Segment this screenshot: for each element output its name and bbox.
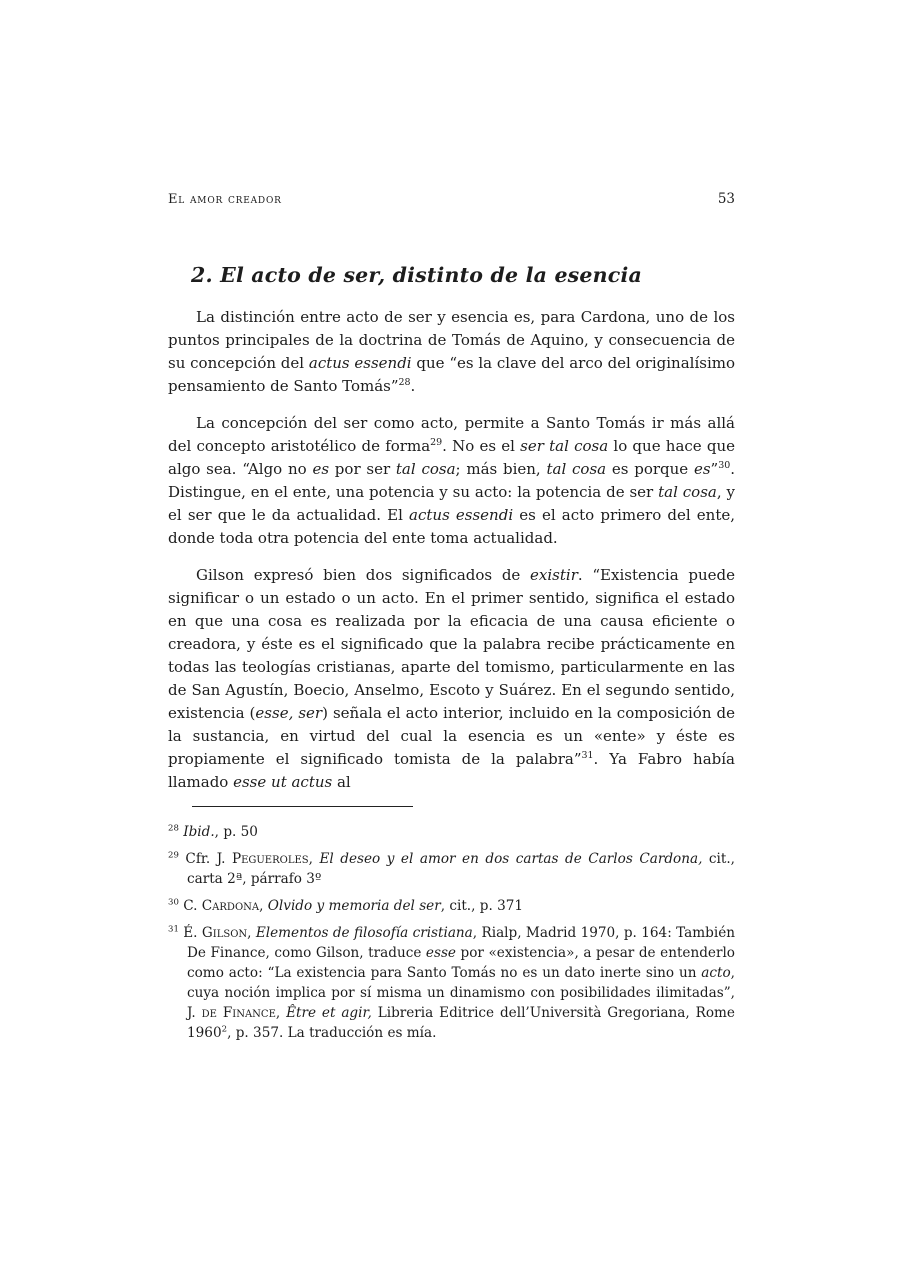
- footnote-separator: [192, 806, 413, 807]
- paragraph-1: La distinción entre acto de ser y esenci…: [168, 306, 735, 398]
- footnote-28: 28 Ibid., p. 50: [168, 822, 735, 842]
- body-text: La distinción entre acto de ser y esenci…: [168, 306, 735, 808]
- running-title: El amor creador: [168, 192, 282, 207]
- page-number: 53: [718, 191, 735, 207]
- footnote-29: 29 Cfr. J. Pegueroles, El deseo y el amo…: [168, 849, 735, 889]
- paragraph-3: Gilson expresó bien dos significados de …: [168, 564, 735, 794]
- footnote-30: 30 C. Cardona, Olvido y memoria del ser,…: [168, 896, 735, 916]
- footnotes-section: 28 Ibid., p. 50 29 Cfr. J. Pegueroles, E…: [168, 822, 735, 1050]
- paragraph-2: La concepción del ser como acto, permite…: [168, 412, 735, 550]
- footnote-31: 31 É. Gilson, Elementos de filosofía cri…: [168, 923, 735, 1043]
- page-header: El amor creador 53: [168, 191, 735, 207]
- section-heading: 2. El acto de ser, distinto de la esenci…: [191, 263, 735, 287]
- document-page: El amor creador 53 2. El acto de ser, di…: [0, 0, 905, 1280]
